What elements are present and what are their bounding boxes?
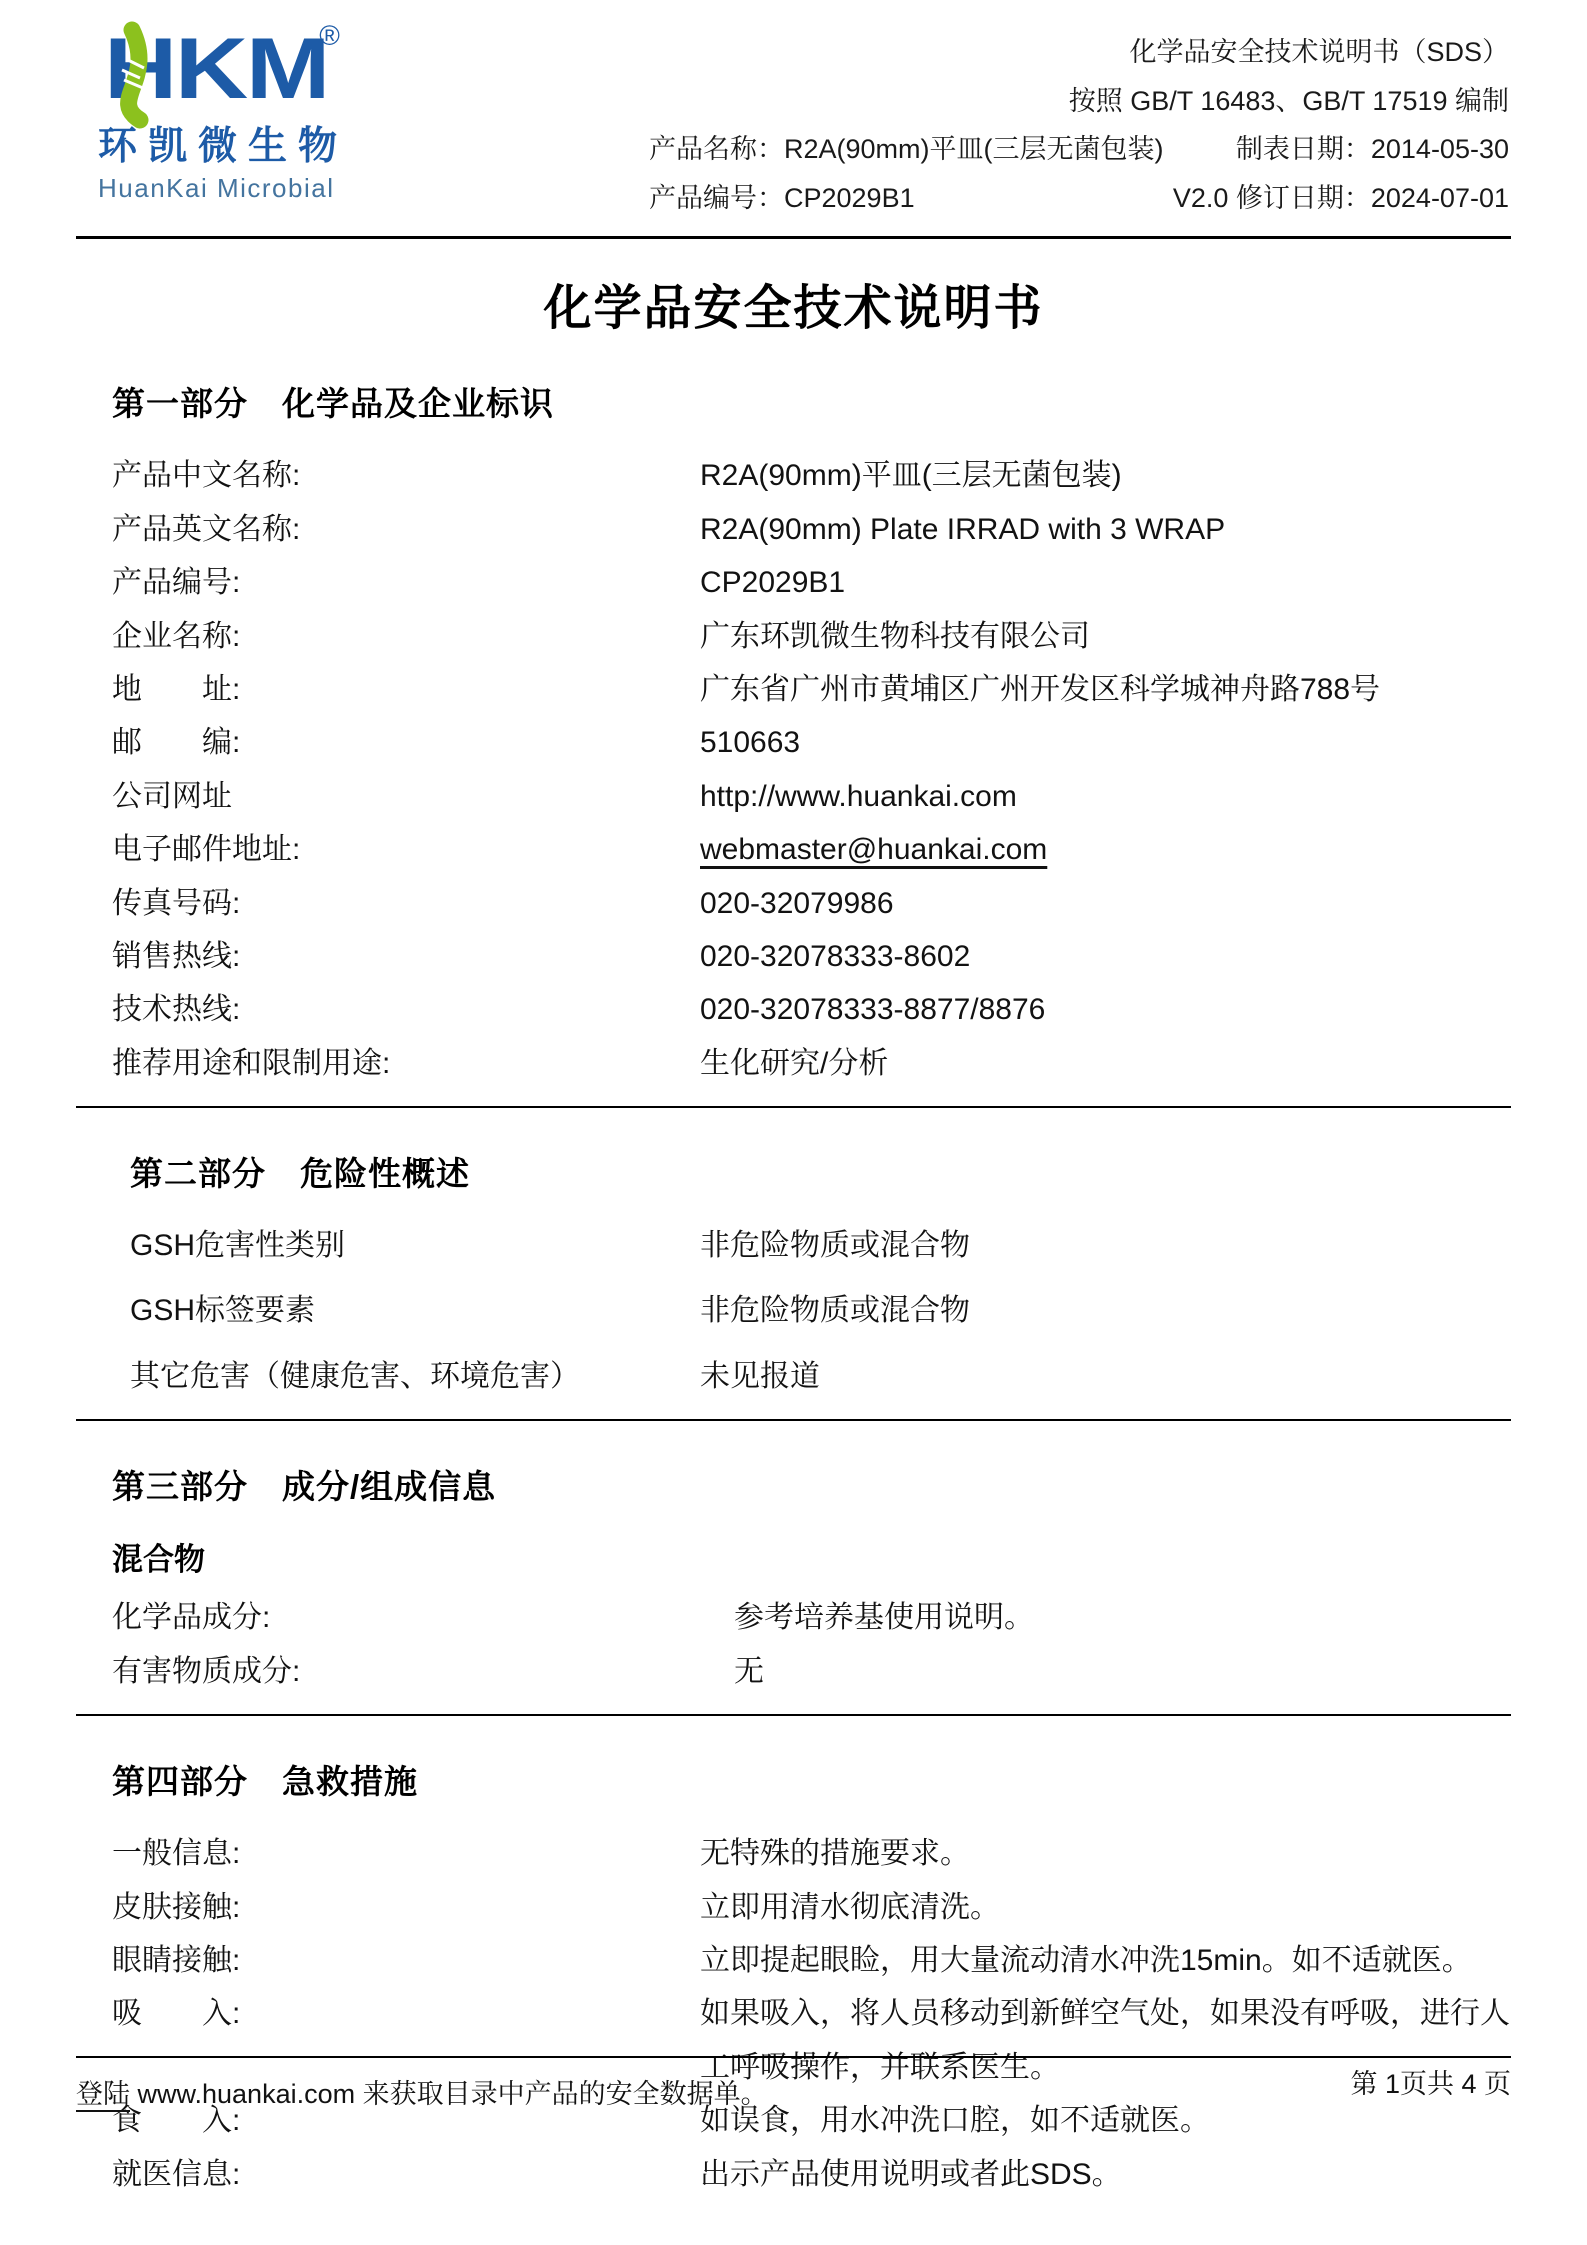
field-value: 020-32078333-8602 bbox=[700, 930, 1511, 983]
field-row: 产品英文名称:R2A(90mm) Plate IRRAD with 3 WRAP bbox=[112, 503, 1511, 556]
section-2-title: 第二部分 危险性概述 bbox=[130, 1148, 1511, 1195]
page-footer: 登陆 www.huankai.com 来获取目录中产品的安全数据单。 第 1页共… bbox=[0, 2056, 1587, 2111]
login-link[interactable]: 登陆 bbox=[76, 2079, 130, 2109]
field-row: 就医信息:出示产品使用说明或者此SDS。 bbox=[112, 2148, 1511, 2201]
field-label: 皮肤接触: bbox=[112, 1881, 700, 1934]
field-label: 公司网址 bbox=[112, 770, 700, 823]
field-row: 电子邮件地址:webmaster@huankai.com bbox=[112, 823, 1511, 876]
field-value: 无 bbox=[734, 1645, 1511, 1698]
field-label: GSH标签要素 bbox=[130, 1284, 700, 1337]
field-label: 产品英文名称: bbox=[112, 503, 700, 556]
footer-note-text: www.huankai.com 来获取目录中产品的安全数据单。 bbox=[130, 2079, 768, 2109]
field-row: GSH危害性类别非危险物质或混合物 bbox=[130, 1219, 1511, 1272]
section-composition: 第三部分 成分/组成信息 混合物 化学品成分:参考培养基使用说明。 有害物质成分… bbox=[0, 1461, 1587, 1698]
field-value: 无特殊的措施要求。 bbox=[700, 1827, 1511, 1880]
made-date-value: 2014-05-30 bbox=[1371, 134, 1509, 164]
section-3-title: 第三部分 成分/组成信息 bbox=[112, 1461, 1511, 1508]
field-row: 眼睛接触:立即提起眼睑，用大量流动清水冲洗15min。如不适就医。 bbox=[112, 1934, 1511, 1987]
section-divider bbox=[76, 1419, 1511, 1421]
field-label: 邮 编: bbox=[112, 716, 700, 769]
email-link[interactable]: webmaster@huankai.com bbox=[700, 823, 1511, 876]
field-label: 企业名称: bbox=[112, 610, 700, 663]
logo-english-name: HuanKai Microbial bbox=[98, 173, 428, 204]
field-label: 一般信息: bbox=[112, 1827, 700, 1880]
field-value: 未见报道 bbox=[700, 1350, 1511, 1403]
field-label: 技术热线: bbox=[112, 983, 700, 1036]
section-identification: 第一部分 化学品及企业标识 产品中文名称:R2A(90mm)平皿(三层无菌包装)… bbox=[0, 378, 1587, 1090]
page-number: 第 1页共 4 页 bbox=[1350, 2062, 1511, 2101]
field-row: 公司网址http://www.huankai.com bbox=[112, 770, 1511, 823]
company-logo: HKM ® 环凯微生物 HuanKai Microbial bbox=[98, 26, 428, 204]
field-value: 生化研究/分析 bbox=[700, 1037, 1511, 1090]
field-label: 地 址: bbox=[112, 663, 700, 716]
sds-standard-note: 按照 GB/T 16483、GB/T 17519 编制 bbox=[649, 77, 1509, 126]
header-divider bbox=[76, 236, 1511, 239]
field-row: 销售热线:020-32078333-8602 bbox=[112, 930, 1511, 983]
footer-note: 登陆 www.huankai.com 来获取目录中产品的安全数据单。 bbox=[76, 2072, 768, 2111]
field-row: 一般信息:无特殊的措施要求。 bbox=[112, 1827, 1511, 1880]
field-value: 立即用清水彻底清洗。 bbox=[700, 1881, 1511, 1934]
revision-label: V2.0 修订日期： bbox=[1173, 183, 1371, 213]
product-code-line: 产品编号：CP2029B1 V2.0 修订日期：2024-07-01 bbox=[649, 174, 1509, 223]
field-label: GSH危害性类别 bbox=[130, 1219, 700, 1272]
field-label: 有害物质成分: bbox=[112, 1645, 734, 1698]
made-date-pair: 制表日期：2014-05-30 bbox=[1236, 125, 1509, 174]
section-hazards: 第二部分 危险性概述 GSH危害性类别非危险物质或混合物 GSH标签要素非危险物… bbox=[0, 1148, 1587, 1403]
product-name-value: R2A(90mm)平皿(三层无菌包装) bbox=[784, 134, 1164, 164]
field-value: 020-32079986 bbox=[700, 877, 1511, 930]
product-name-label: 产品名称： bbox=[649, 134, 784, 164]
field-label: 传真号码: bbox=[112, 877, 700, 930]
dna-helix-icon bbox=[88, 18, 208, 130]
product-code-label: 产品编号： bbox=[649, 183, 784, 213]
field-label: 销售热线: bbox=[112, 930, 700, 983]
field-row: 其它危害（健康危害、环境危害）未见报道 bbox=[130, 1350, 1511, 1403]
field-label: 眼睛接触: bbox=[112, 1934, 700, 1987]
field-label: 产品中文名称: bbox=[112, 449, 700, 502]
logo-mark: HKM ® bbox=[98, 26, 294, 112]
revision-value: 2024-07-01 bbox=[1371, 183, 1509, 213]
sds-header-title: 化学品安全技术说明书（SDS） bbox=[649, 28, 1509, 77]
header-info-block: 化学品安全技术说明书（SDS） 按照 GB/T 16483、GB/T 17519… bbox=[649, 26, 1509, 222]
document-header: HKM ® 环凯微生物 HuanKai Microbial 化学品安全技术说明书… bbox=[0, 0, 1587, 232]
product-name-line: 产品名称：R2A(90mm)平皿(三层无菌包装) 制表日期：2014-05-30 bbox=[649, 125, 1509, 174]
page-title: 化学品安全技术说明书 bbox=[0, 269, 1587, 338]
section-divider bbox=[76, 1714, 1511, 1716]
field-value: 非危险物质或混合物 bbox=[700, 1284, 1511, 1337]
field-value: 广东环凯微生物科技有限公司 bbox=[700, 610, 1511, 663]
field-value: 参考培养基使用说明。 bbox=[734, 1591, 1511, 1644]
website-link[interactable]: http://www.huankai.com bbox=[700, 770, 1511, 823]
field-row: 技术热线:020-32078333-8877/8876 bbox=[112, 983, 1511, 1036]
section-1-title: 第一部分 化学品及企业标识 bbox=[112, 378, 1511, 425]
field-value: 立即提起眼睑，用大量流动清水冲洗15min。如不适就医。 bbox=[700, 1934, 1511, 1987]
field-row: 有害物质成分:无 bbox=[112, 1645, 1511, 1698]
revision-pair: V2.0 修订日期：2024-07-01 bbox=[1173, 174, 1509, 223]
field-value: 510663 bbox=[700, 716, 1511, 769]
field-row: 地 址:广东省广州市黄埔区广州开发区科学城神舟路788号 bbox=[112, 663, 1511, 716]
section-4-title: 第四部分 急救措施 bbox=[112, 1756, 1511, 1803]
field-row: 化学品成分:参考培养基使用说明。 bbox=[112, 1591, 1511, 1644]
field-label: 电子邮件地址: bbox=[112, 823, 700, 876]
registered-trademark-icon: ® bbox=[319, 22, 340, 50]
product-name-pair: 产品名称：R2A(90mm)平皿(三层无菌包装) bbox=[649, 125, 1164, 174]
field-value: 非危险物质或混合物 bbox=[700, 1219, 1511, 1272]
section-divider bbox=[76, 1106, 1511, 1108]
field-row: 皮肤接触:立即用清水彻底清洗。 bbox=[112, 1881, 1511, 1934]
field-value: R2A(90mm) Plate IRRAD with 3 WRAP bbox=[700, 503, 1511, 556]
mixture-subheader: 混合物 bbox=[112, 1532, 1511, 1587]
field-row: 产品编号:CP2029B1 bbox=[112, 556, 1511, 609]
field-value: 出示产品使用说明或者此SDS。 bbox=[700, 2148, 1511, 2201]
field-value: 020-32078333-8877/8876 bbox=[700, 983, 1511, 1036]
field-row: 企业名称:广东环凯微生物科技有限公司 bbox=[112, 610, 1511, 663]
field-value: R2A(90mm)平皿(三层无菌包装) bbox=[700, 449, 1511, 502]
field-label: 其它危害（健康危害、环境危害） bbox=[130, 1350, 700, 1403]
field-row: 产品中文名称:R2A(90mm)平皿(三层无菌包装) bbox=[112, 449, 1511, 502]
made-date-label: 制表日期： bbox=[1236, 134, 1371, 164]
field-value: 广东省广州市黄埔区广州开发区科学城神舟路788号 bbox=[700, 663, 1511, 716]
product-code-pair: 产品编号：CP2029B1 bbox=[649, 174, 915, 223]
field-label: 产品编号: bbox=[112, 556, 700, 609]
field-row: 邮 编:510663 bbox=[112, 716, 1511, 769]
field-row: 推荐用途和限制用途:生化研究/分析 bbox=[112, 1037, 1511, 1090]
field-value: CP2029B1 bbox=[700, 556, 1511, 609]
field-label: 推荐用途和限制用途: bbox=[112, 1037, 700, 1090]
product-code-value: CP2029B1 bbox=[784, 183, 915, 213]
section-first-aid: 第四部分 急救措施 一般信息:无特殊的措施要求。 皮肤接触:立即用清水彻底清洗。… bbox=[0, 1756, 1587, 2201]
field-label: 就医信息: bbox=[112, 2148, 700, 2201]
field-row: GSH标签要素非危险物质或混合物 bbox=[130, 1284, 1511, 1337]
footer-bar: 登陆 www.huankai.com 来获取目录中产品的安全数据单。 第 1页共… bbox=[0, 2058, 1587, 2111]
field-label: 化学品成分: bbox=[112, 1591, 734, 1644]
field-row: 传真号码:020-32079986 bbox=[112, 877, 1511, 930]
